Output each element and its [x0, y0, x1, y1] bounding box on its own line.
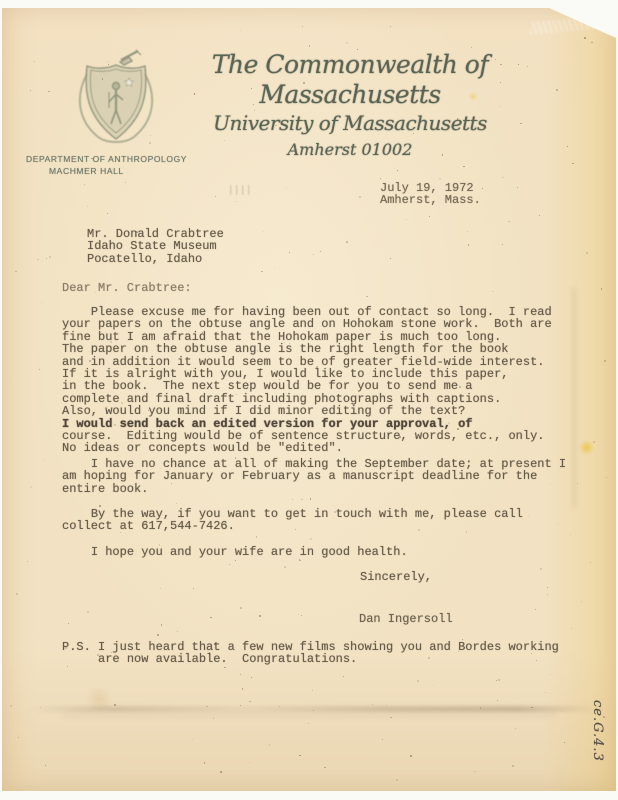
body-paragraph-3: By the way, if you want to get in touch …	[62, 508, 523, 533]
date-block: July 19, 1972 Amherst, Mass.	[380, 182, 481, 207]
recipient-address: Mr. Donald Crabtree Idaho State Museum P…	[87, 228, 224, 265]
yellow-stain	[578, 440, 595, 455]
closing: Sincerely,	[360, 571, 432, 583]
paragraph-text: course. Editing would be of sentence str…	[62, 429, 544, 455]
letterhead-city-zip: Amherst 01002	[172, 137, 528, 162]
body-paragraph-2: I have no chance at all of making the Se…	[62, 458, 566, 495]
building-label: MACHMER HALL	[49, 166, 124, 176]
faint-handwriting-smudge	[530, 16, 597, 35]
letterhead-university: University of Massachusetts	[172, 110, 528, 137]
faint-pencil-ticks	[230, 185, 252, 195]
fold-crease-shadow	[62, 714, 556, 717]
scanned-letter: The Commonwealth of Massachusetts Univer…	[0, 0, 618, 800]
place-line: Amherst, Mass.	[380, 193, 481, 207]
letterhead-commonwealth: The Commonwealth of Massachusetts	[172, 50, 528, 110]
body-paragraph-4: I hope you and your wife are in good hea…	[62, 546, 408, 558]
vertical-crease	[572, 288, 576, 508]
fold-crease	[30, 706, 598, 712]
archival-catalog-label: ce.G.4.3	[590, 700, 605, 800]
massachusetts-seal-icon	[66, 48, 166, 158]
letter-page: The Commonwealth of Massachusetts Univer…	[2, 8, 616, 791]
body-paragraph-1: Please excuse me for having been out of …	[62, 306, 552, 455]
paragraph-text: Please excuse me for having been out of …	[62, 305, 552, 418]
signature-name: Dan Ingersoll	[359, 613, 453, 625]
postscript: P.S. I just heard that a few new films s…	[62, 641, 559, 666]
salutation: Dear Mr. Crabtree:	[62, 282, 192, 294]
letterhead: The Commonwealth of Massachusetts Univer…	[172, 50, 528, 162]
department-label: DEPARTMENT OF ANTHROPOLOGY	[26, 154, 187, 164]
